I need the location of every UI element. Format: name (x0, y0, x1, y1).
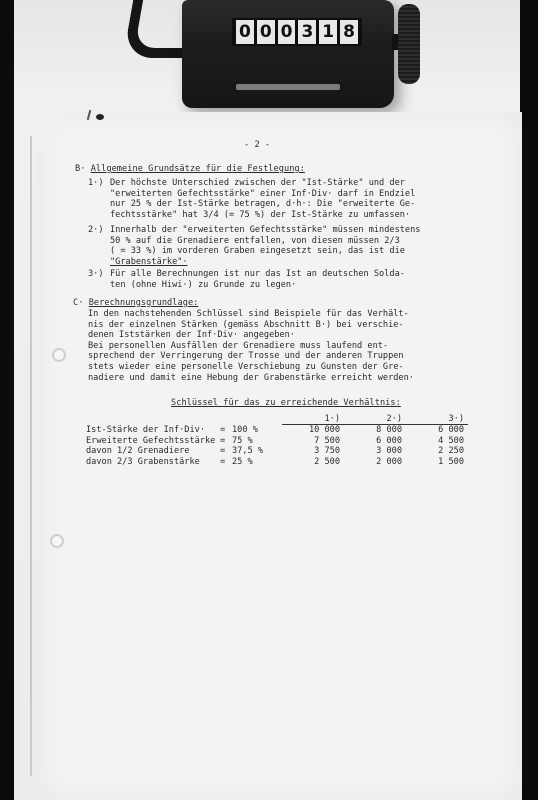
text-line: denen Iststärken der Inf·Div· angegeben· (88, 330, 414, 341)
text-line: nadiere und damit eine Hebung der Graben… (88, 373, 414, 384)
cell-value: 6 000 (344, 436, 406, 446)
equals-sign: = (220, 436, 232, 446)
section-c-body: In den nachstehenden Schlüssel sind Beis… (88, 309, 414, 383)
counter-digit: 0 (257, 20, 275, 44)
page-number: - 2 - (244, 140, 270, 151)
text-line: 50 % auf die Grenadiere entfallen, von d… (110, 236, 420, 247)
text-line: stets wieder eine personelle Verschiebun… (88, 362, 414, 373)
text-line: nis der einzelnen Stärken (gemäss Abschn… (88, 320, 414, 331)
item-number: 1·) (88, 178, 110, 220)
equals-sign: = (220, 446, 232, 456)
counter-slot (236, 84, 340, 90)
text-line: Innerhalb der "erweiterten Gefechtsstärk… (110, 225, 420, 236)
row-percent: 37,5 % (232, 446, 282, 456)
row-percent: 75 % (232, 436, 282, 446)
text-line: Für alle Berechnungen ist nur das Ist an… (110, 269, 405, 280)
cell-value: 2 500 (282, 457, 344, 467)
text-line: ten (ohne Hiwi·) zu Grunde zu legen· (110, 280, 405, 291)
text-line: In den nachstehenden Schlüssel sind Beis… (88, 309, 414, 320)
counter-digit: 3 (298, 20, 316, 44)
column-header: 1·) (282, 414, 344, 425)
text-line: sprechend der Verringerung der Trosse un… (88, 351, 414, 362)
table-row: Ist-Stärke der Inf·Div· = 100 % 10 000 8… (86, 425, 468, 436)
section-c-label: C· (73, 298, 83, 308)
text-line: Der höchste Unterschied zwischen der "Is… (110, 178, 415, 189)
cell-value: 3 000 (344, 446, 406, 456)
text-line: nur 25 % der Ist-Stärke betragen, d·h·: … (110, 199, 415, 210)
punch-hole (50, 534, 64, 548)
key-table: 1·) 2·) 3·) Ist-Stärke der Inf·Div· = 10… (86, 414, 468, 467)
ink-mark (96, 114, 104, 120)
cell-value: 7 500 (282, 436, 344, 446)
cell-value: 3 750 (282, 446, 344, 456)
cell-value: 10 000 (282, 425, 344, 436)
counter-knob (398, 4, 420, 84)
row-label: davon 2/3 Grabenstärke (86, 457, 220, 467)
cell-value: 8 000 (344, 425, 406, 436)
text-line: "erweiterten Gefechtsstärke" einer Inf·D… (110, 189, 415, 200)
item-number: 3·) (88, 269, 110, 290)
cell-value: 2 000 (344, 457, 406, 467)
counter-digit: 0 (236, 20, 254, 44)
cell-value: 2 250 (406, 446, 468, 456)
frame-counter-device (182, 0, 394, 108)
counter-digit: 0 (278, 20, 296, 44)
equals-sign: = (220, 425, 232, 436)
text-line: "Grabenstärke"· (110, 257, 420, 268)
key-table-header: 1·) 2·) 3·) (86, 414, 468, 425)
cell-value: 1 500 (406, 457, 468, 467)
row-percent: 25 % (232, 457, 282, 467)
section-b-title: Allgemeine Grundsätze für die Festlegung… (91, 164, 305, 174)
text-line: fechtsstärke" hat 3/4 (= 75 %) der Ist-S… (110, 210, 415, 221)
table-row: davon 2/3 Grabenstärke = 25 % 2 500 2 00… (86, 457, 468, 467)
row-label: davon 1/2 Grenadiere (86, 446, 220, 456)
row-percent: 100 % (232, 425, 282, 436)
section-c-heading: C· Berechnungsgrundlage: (73, 298, 198, 309)
equals-sign: = (220, 457, 232, 467)
section-b-item-1: 1·) Der höchste Unterschied zwischen der… (88, 178, 415, 220)
table-row: davon 1/2 Grenadiere = 37,5 % 3 750 3 00… (86, 446, 468, 456)
key-table-title: Schlüssel für das zu erreichende Verhält… (171, 398, 401, 409)
section-b-item-3: 3·) Für alle Berechnungen ist nur das Is… (88, 269, 405, 290)
text-line: Bei personellen Ausfällen der Grenadiere… (88, 341, 414, 352)
text-line: ( = 33 %) im vorderen Graben eingesetzt … (110, 246, 420, 257)
page-edge (30, 136, 32, 776)
table-row: Erweiterte Gefechtsstärke = 75 % 7 500 6… (86, 436, 468, 446)
item-number: 2·) (88, 225, 110, 267)
counter-digit: 8 (340, 20, 358, 44)
section-c-title: Berechnungsgrundlage: (89, 298, 199, 308)
counter-digit: 1 (319, 20, 337, 44)
row-label: Erweiterte Gefechtsstärke (86, 436, 220, 446)
frame-counter-display: 0 0 0 3 1 8 (232, 18, 362, 46)
punch-hole (52, 348, 66, 362)
section-b-label: B· (75, 164, 85, 174)
cell-value: 6 000 (406, 425, 468, 436)
column-header: 3·) (406, 414, 468, 425)
section-b-heading: B· Allgemeine Grundsätze für die Festleg… (75, 164, 305, 175)
cell-value: 4 500 (406, 436, 468, 446)
column-header: 2·) (344, 414, 406, 425)
section-b-item-2: 2·) Innerhalb der "erweiterten Gefechtss… (88, 225, 420, 267)
row-label: Ist-Stärke der Inf·Div· (86, 425, 220, 436)
